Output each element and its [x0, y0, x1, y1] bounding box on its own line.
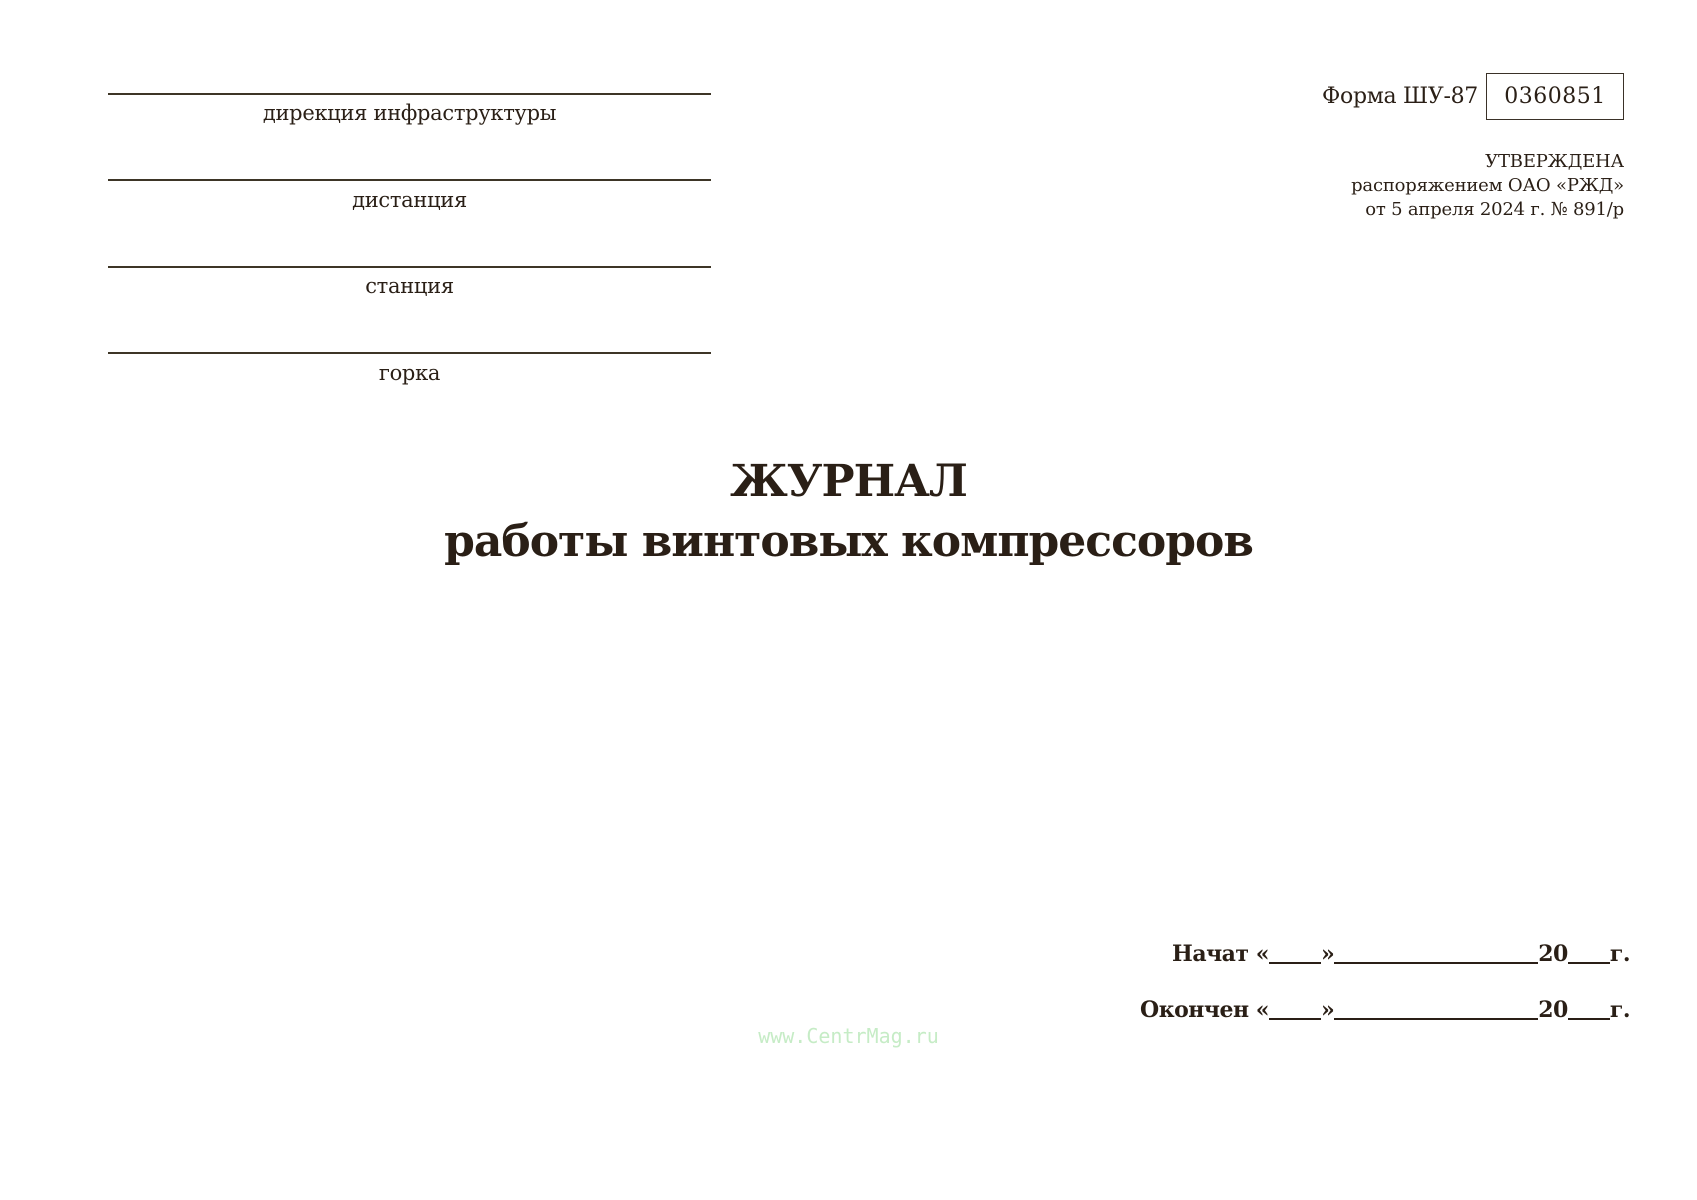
- started-year-blank[interactable]: [1568, 942, 1610, 964]
- started-close-quote: »: [1321, 941, 1334, 967]
- title-main: ЖУРНАЛ: [0, 452, 1697, 512]
- started-year-suffix: г.: [1610, 941, 1630, 967]
- station-label: станция: [108, 274, 711, 298]
- finished-century: 20: [1538, 997, 1568, 1023]
- directorate-field-line[interactable]: [108, 93, 711, 95]
- approval-line-3: от 5 апреля 2024 г. № 891/р: [1351, 198, 1624, 222]
- hump-field-line[interactable]: [108, 352, 711, 354]
- finished-year-blank[interactable]: [1568, 998, 1610, 1020]
- station-field-line[interactable]: [108, 266, 711, 268]
- finished-year-suffix: г.: [1610, 997, 1630, 1023]
- finished-day-blank[interactable]: [1269, 998, 1321, 1020]
- started-date-line: Начат «»20г.: [1172, 940, 1630, 968]
- distance-field-line[interactable]: [108, 179, 711, 181]
- finished-date-line: Окончен «»20г.: [1140, 996, 1630, 1024]
- directorate-label: дирекция инфраструктуры: [108, 101, 711, 125]
- form-number-box: 0360851: [1486, 73, 1624, 120]
- started-day-blank[interactable]: [1269, 942, 1321, 964]
- started-month-blank[interactable]: [1334, 942, 1538, 964]
- approval-line-1: УТВЕРЖДЕНА: [1351, 150, 1624, 174]
- finished-close-quote: »: [1321, 997, 1334, 1023]
- finished-open-quote: «: [1256, 997, 1269, 1023]
- document-title: ЖУРНАЛ работы винтовых компрессоров: [0, 452, 1697, 572]
- finished-month-blank[interactable]: [1334, 998, 1538, 1020]
- started-label: Начат: [1172, 941, 1249, 967]
- form-code-label: Форма ШУ-87: [1300, 83, 1478, 111]
- approval-block: УТВЕРЖДЕНА распоряжением ОАО «РЖД» от 5 …: [1351, 150, 1624, 222]
- approval-line-2: распоряжением ОАО «РЖД»: [1351, 174, 1624, 198]
- started-century: 20: [1538, 941, 1568, 967]
- finished-label: Окончен: [1140, 997, 1249, 1023]
- watermark: www.CentrMag.ru: [0, 1024, 1697, 1048]
- hump-label: горка: [108, 361, 711, 385]
- started-open-quote: «: [1256, 941, 1269, 967]
- distance-label: дистанция: [108, 188, 711, 212]
- title-subtitle: работы винтовых компрессоров: [0, 512, 1697, 572]
